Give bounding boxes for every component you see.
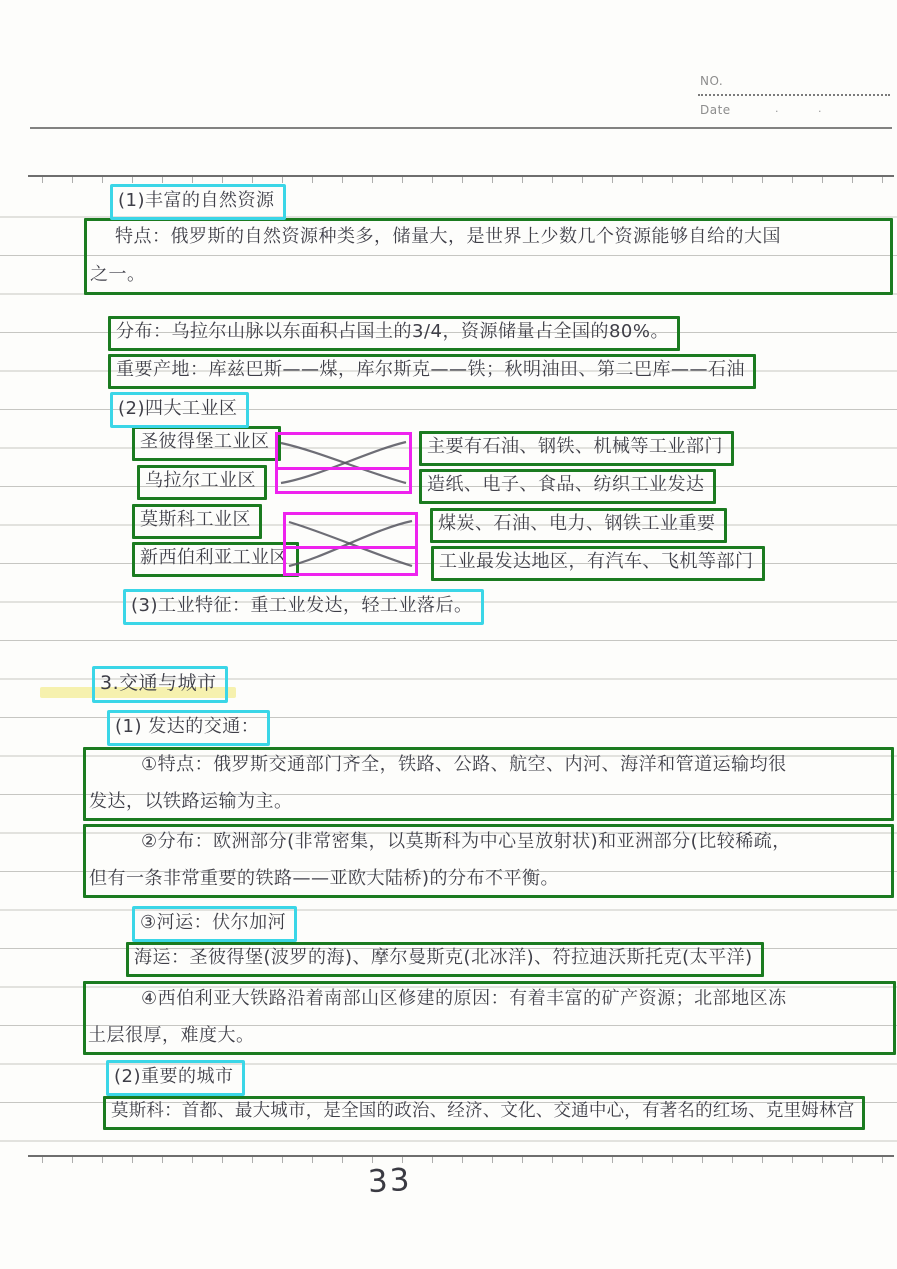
heading-important-cities: (2)重要的城市 (106, 1060, 245, 1096)
header-rule-line (30, 127, 892, 129)
note-box-resource-distribution: 分布：乌拉尔山脉以东面积占国土的3/4，资源储量占全国的80%。 (108, 316, 680, 351)
industry-region-box: 圣彼得堡工业区 (132, 426, 281, 461)
industry-region-label: 莫斯科工业区 (140, 509, 251, 530)
date-separator-dot: · (775, 105, 779, 118)
date-label: Date (700, 103, 731, 117)
industry-region-label: 圣彼得堡工业区 (140, 431, 270, 452)
note-line: 发达，以铁路运输为主。 (89, 791, 293, 814)
note-box-resource-producers: 重要产地：库兹巴斯——煤，库尔斯克——铁；秋明油田、第二巴库——石油 (108, 354, 756, 389)
industry-desc-box: 工业最发达地区，有汽车、飞机等部门 (431, 546, 765, 581)
note-line: 分布：乌拉尔山脉以东面积占国土的3/4，资源储量占全国的80%。 (116, 321, 669, 342)
note-box-resource-features: 特点：俄罗斯的自然资源种类多，储量大，是世界上少数几个资源能够自给的大国 之一。 (84, 218, 893, 295)
note-line: 莫斯科：首都、最大城市，是全国的政治、经济、文化、交通中心，有著名的红场、克里姆… (111, 1101, 854, 1121)
note-line: ②分布：欧洲部分(非常密集，以莫斯科为中心呈放射状)和亚洲部分(比较稀疏， (141, 831, 791, 854)
note-line: ①特点：俄罗斯交通部门齐全，铁路、公路、航空、内河、海洋和管道运输均很 (141, 754, 787, 777)
industry-region-label: 乌拉尔工业区 (145, 470, 256, 491)
heading-developed-transport: (1) 发达的交通： (107, 710, 270, 746)
note-box-moscow: 莫斯科：首都、最大城市，是全国的政治、经济、文化、交通中心，有著名的红场、克里姆… (103, 1096, 865, 1130)
industry-region-box: 莫斯科工业区 (132, 504, 262, 539)
industry-region-box: 乌拉尔工业区 (137, 465, 267, 500)
note-line: 海运：圣彼得堡(波罗的海)、摩尔曼斯克(北冰洋)、符拉迪沃斯托克(太平洋) (134, 947, 753, 968)
notebook-page: NO. Date · · (1)丰富的自然资源 特点：俄罗斯的自然资源种类多，储… (0, 0, 897, 1269)
note-box-transport-distribution: ②分布：欧洲部分(非常密集，以莫斯科为中心呈放射状)和亚洲部分(比较稀疏， 但有… (83, 824, 894, 898)
note-line: 重要产地：库兹巴斯——煤，库尔斯克——铁；秋明油田、第二巴库——石油 (116, 359, 745, 380)
industry-desc-box: 造纸、电子、食品、纺织工业发达 (419, 469, 716, 504)
match-connector-box (275, 432, 412, 494)
connector-divider (283, 546, 418, 549)
cross-match-lines-icon (286, 515, 415, 573)
industry-region-box: 新西伯利亚工业区 (132, 542, 299, 577)
heading-river-transport: ③河运：伏尔加河 (132, 906, 297, 942)
note-line: 特点：俄罗斯的自然资源种类多，储量大，是世界上少数几个资源能够自给的大国 (115, 226, 781, 249)
page-number: 33 (367, 1162, 412, 1200)
industry-desc-label: 工业最发达地区，有汽车、飞机等部门 (439, 551, 754, 572)
note-box-sea-ports: 海运：圣彼得堡(波罗的海)、摩尔曼斯克(北冰洋)、符拉迪沃斯托克(太平洋) (126, 942, 764, 977)
note-line: 土层很厚，难度大。 (88, 1025, 255, 1048)
top-ruler-line (28, 175, 894, 184)
no-dotted-line (698, 88, 890, 96)
heading-four-industrial-zones: (2)四大工业区 (110, 392, 249, 428)
industry-desc-box: 主要有石油、钢铁、机械等工业部门 (419, 431, 734, 466)
date-separator-dot: · (818, 105, 822, 118)
no-label: NO. (700, 74, 723, 88)
heading-industry-features: (3)工业特征：重工业发达，轻工业落后。 (123, 589, 484, 625)
cross-match-lines-icon (278, 435, 409, 491)
note-box-transport-features: ①特点：俄罗斯交通部门齐全，铁路、公路、航空、内河、海洋和管道运输均很 发达，以… (83, 747, 894, 821)
industry-desc-label: 煤炭、石油、电力、钢铁工业重要 (438, 513, 716, 534)
industry-desc-label: 主要有石油、钢铁、机械等工业部门 (427, 436, 723, 457)
industry-region-label: 新西伯利亚工业区 (140, 547, 288, 568)
note-line: 之一。 (90, 264, 146, 287)
match-connector-box (283, 512, 418, 576)
note-line: ④西伯利亚大铁路沿着南部山区修建的原因：有着丰富的矿产资源；北部地区冻 (141, 988, 787, 1011)
heading-transport-and-cities: 3.交通与城市 (92, 666, 228, 703)
bottom-ruler-line (28, 1155, 894, 1164)
industry-desc-label: 造纸、电子、食品、纺织工业发达 (427, 474, 705, 495)
connector-divider (275, 467, 412, 470)
industry-desc-box: 煤炭、石油、电力、钢铁工业重要 (430, 508, 727, 543)
note-line: 但有一条非常重要的铁路——亚欧大陆桥)的分布不平衡。 (89, 868, 559, 891)
note-box-siberian-railway: ④西伯利亚大铁路沿着南部山区修建的原因：有着丰富的矿产资源；北部地区冻 土层很厚… (83, 981, 896, 1055)
heading-natural-resources: (1)丰富的自然资源 (110, 184, 286, 220)
